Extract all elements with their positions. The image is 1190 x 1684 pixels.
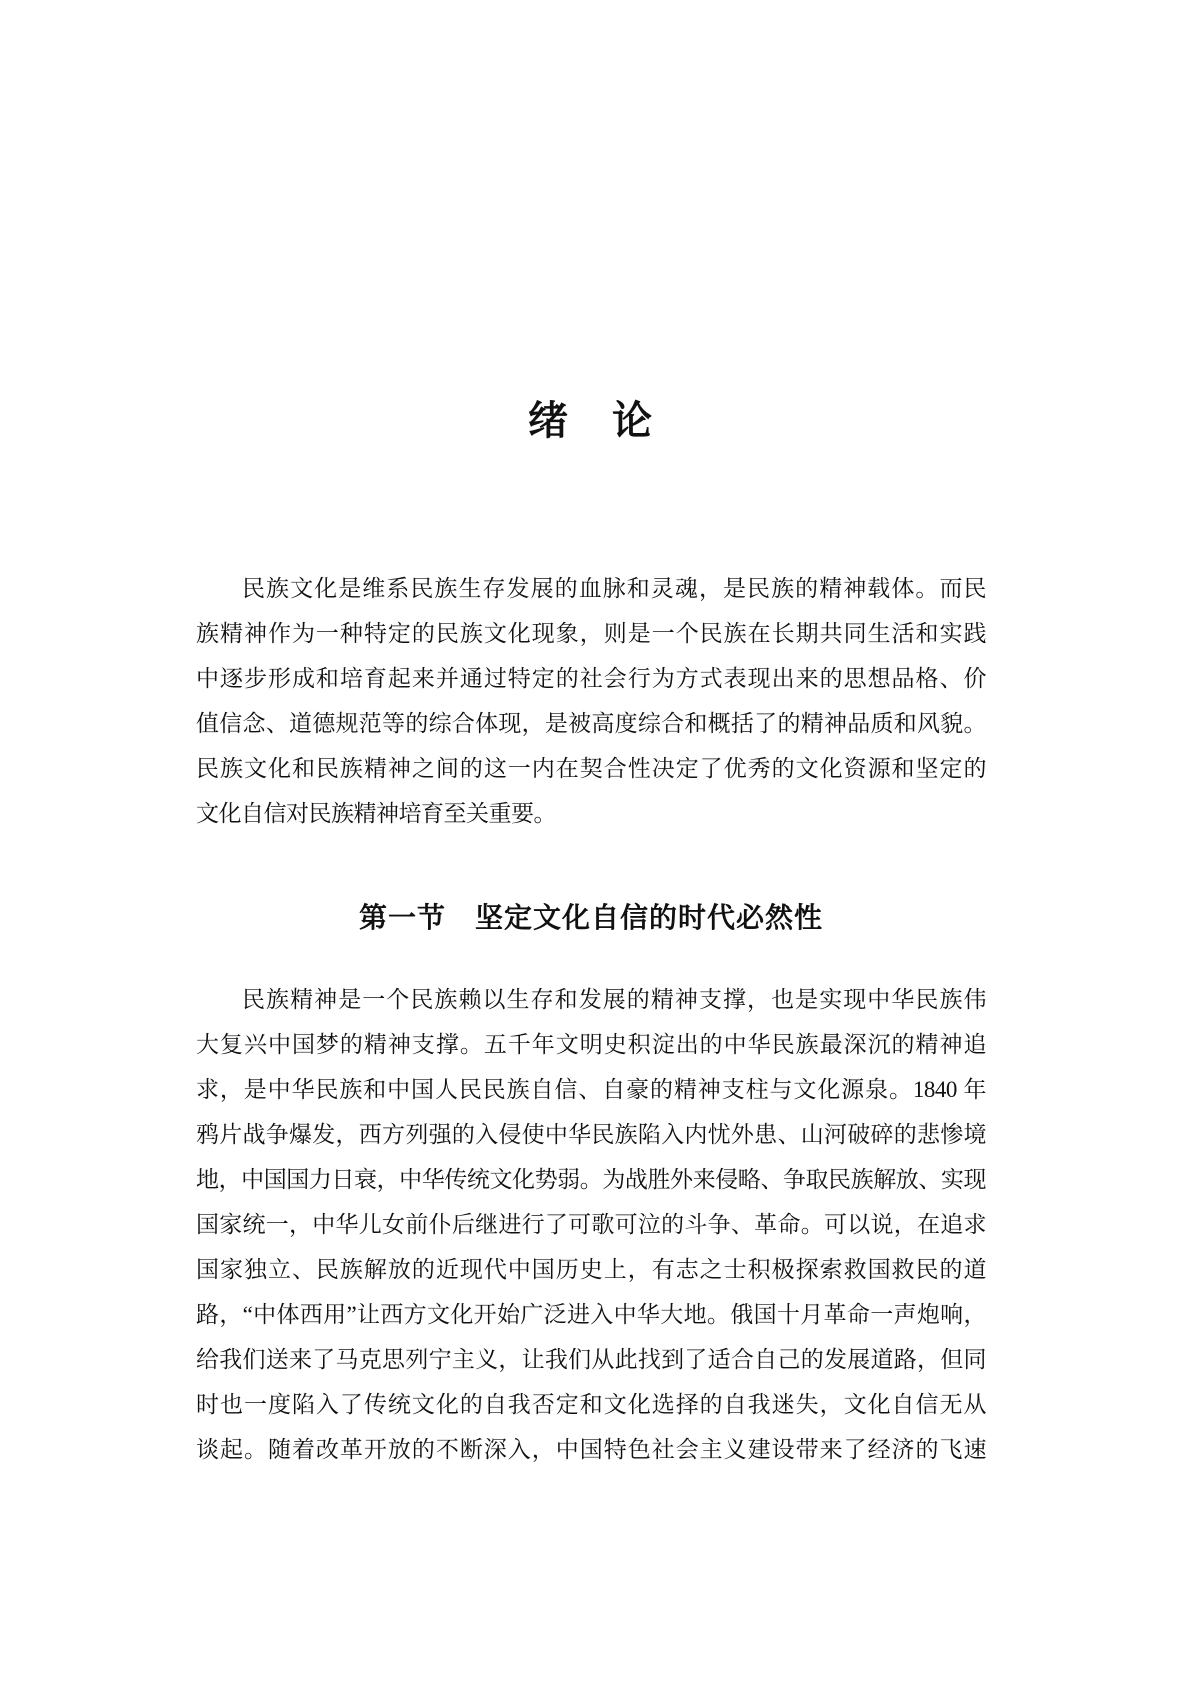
text-line: 求，是中华民族和中国人民民族自信、自豪的精神支柱与文化源泉。1840 年 — [196, 1067, 986, 1112]
text-line: 民族精神是一个民族赖以生存和发展的精神支撑，也是实现中华民族伟 — [196, 977, 986, 1022]
text-line: 鸦片战争爆发，西方列强的入侵使中华民族陷入内忧外患、山河破碎的悲惨境 — [196, 1112, 986, 1157]
text-line: 民族文化是维系民族生存发展的血脉和灵魂，是民族的精神载体。而民 — [196, 566, 986, 611]
section-paragraph: 民族精神是一个民族赖以生存和发展的精神支撑，也是实现中华民族伟大复兴中国梦的精神… — [196, 977, 986, 1472]
text-line: 值信念、道德规范等的综合体现，是被高度综合和概括了的精神品质和风貌。 — [196, 701, 986, 746]
text-line: 族精神作为一种特定的民族文化现象，则是一个民族在长期共同生活和实践 — [196, 611, 986, 656]
text-line: 地，中国国力日衰，中华传统文化势弱。为战胜外来侵略、争取民族解放、实现 — [196, 1157, 986, 1202]
text-line: 路，“中体西用”让西方文化开始广泛进入中华大地。俄国十月革命一声炮响， — [196, 1292, 986, 1337]
text-line: 国家独立、民族解放的近现代中国历史上，有志之士积极探索救国救民的道 — [196, 1247, 986, 1292]
chapter-title: 绪 论 — [196, 398, 986, 444]
text-line: 大复兴中国梦的精神支撑。五千年文明史积淀出的中华民族最深沉的精神追 — [196, 1022, 986, 1067]
intro-paragraph: 民族文化是维系民族生存发展的血脉和灵魂，是民族的精神载体。而民族精神作为一种特定… — [196, 566, 986, 836]
text-line: 给我们送来了马克思列宁主义，让我们从此找到了适合自己的发展道路，但同 — [196, 1337, 986, 1382]
text-line: 文化自信对民族精神培育至关重要。 — [196, 791, 986, 836]
text-line: 时也一度陷入了传统文化的自我否定和文化选择的自我迷失，文化自信无从 — [196, 1382, 986, 1427]
text-line: 谈起。随着改革开放的不断深入，中国特色社会主义建设带来了经济的飞速 — [196, 1427, 986, 1472]
book-page: 绪 论 民族文化是维系民族生存发展的血脉和灵魂，是民族的精神载体。而民族精神作为… — [0, 0, 1190, 1684]
section-heading: 第一节 坚定文化自信的时代必然性 — [196, 897, 986, 939]
text-line: 中逐步形成和培育起来并通过特定的社会行为方式表现出来的思想品格、价 — [196, 656, 986, 701]
text-line: 国家统一，中华儿女前仆后继进行了可歌可泣的斗争、革命。可以说，在追求 — [196, 1202, 986, 1247]
text-line: 民族文化和民族精神之间的这一内在契合性决定了优秀的文化资源和坚定的 — [196, 746, 986, 791]
